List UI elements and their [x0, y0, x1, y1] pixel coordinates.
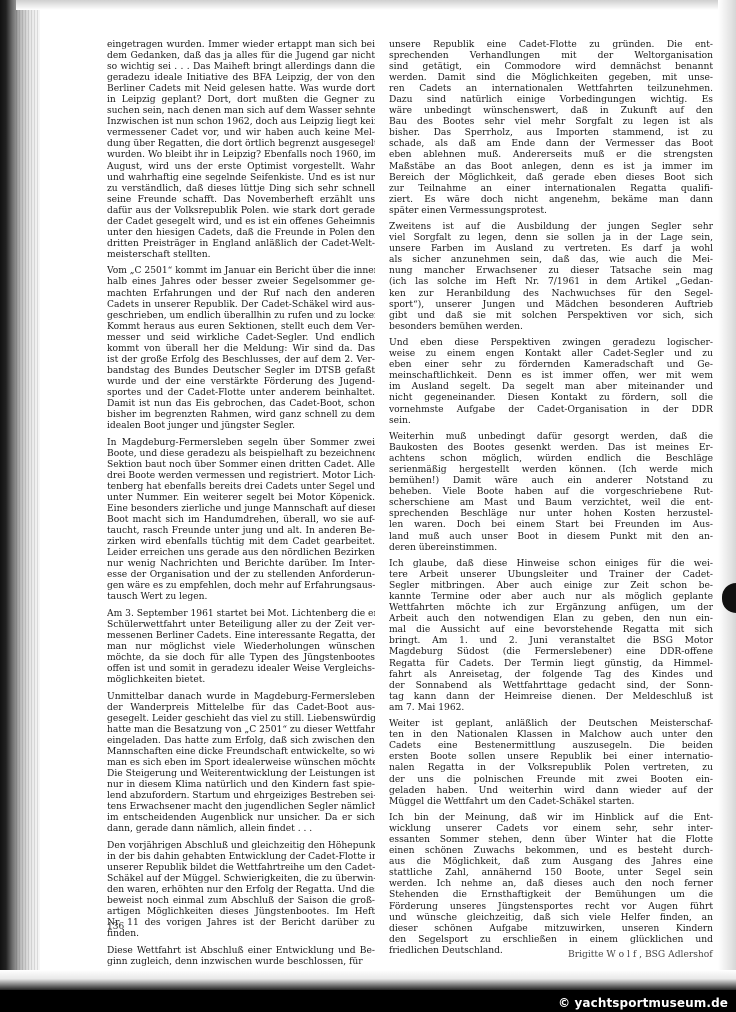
- watermark-bar: © yachtsportmuseum.de: [0, 990, 736, 1012]
- text-line: ginn zugleich, denn inzwischen wurde bes…: [107, 957, 375, 968]
- text-line: in Leipzig geplant? Dort, dort mußten di…: [107, 95, 375, 106]
- text-line: Nr. 11 des vorigen Jahres ist der Berich…: [107, 918, 375, 929]
- text-line: Bau des Bootes sehr viel mehr Sorgfalt z…: [389, 117, 713, 128]
- paragraph: Diese Wettfahrt ist Abschluß einer Entwi…: [107, 946, 375, 968]
- text-line: beheben. Viele Boote haben auf die vorge…: [389, 487, 713, 498]
- text-line: beweist noch einmal zum Abschluß der Sai…: [107, 896, 375, 907]
- text-line: August, wird uns der erste Optimist vorg…: [107, 162, 375, 173]
- text-line: Inzwischen ist nun schon 1962, doch aus …: [107, 117, 375, 128]
- text-line: der Cadet gesegelt wird, und es ist ein …: [107, 217, 375, 228]
- text-line: Arbeit auch den notwendigen Elan zu gebe…: [389, 614, 713, 625]
- text-line: idealen Boot junger und jüngster Segler.: [107, 421, 375, 432]
- text-line: im Ausland segelt. Da segelt man aber mi…: [389, 382, 713, 393]
- text-line: tenberg hat ebenfalls bereits drei Cadet…: [107, 482, 375, 493]
- text-line: Mannschaften eine dicke Freundschaft ent…: [107, 747, 375, 758]
- text-line: bisher. Das Sperrholz, aus Importen stam…: [389, 128, 713, 139]
- text-line: meisterschaft stellten.: [107, 250, 375, 261]
- bottom-page-shadow: [0, 970, 736, 992]
- text-line: dann, gerade dann nämlich, allein findet…: [107, 824, 375, 835]
- text-line: dafür aus der Volksrepublik Polen. wie s…: [107, 206, 375, 217]
- text-line: Boote, und diese geradezu als beispielha…: [107, 449, 375, 460]
- text-line: Damit ist nun das Eis gebrochen, das Cad…: [107, 399, 375, 410]
- text-line: nicht gegeneinander. Diesen Kontakt zu f…: [389, 393, 713, 404]
- text-line: aus die Möglichkeit, daß zum Ausgang des…: [389, 857, 713, 868]
- text-line: tere Arbeit unserer Übungsleiter und Tra…: [389, 570, 713, 581]
- text-line: unserer Republik bildet die Wettfahrtrei…: [107, 863, 375, 874]
- text-line: wurde und der eine verstärkte Förderung …: [107, 377, 375, 388]
- text-line: Regatta für Cadets. Der Termin liegt gün…: [389, 659, 713, 670]
- text-line: vornehmste Aufgabe der Cadet-Organisatio…: [389, 405, 713, 416]
- text-line: unter Nummer. Ein weiterer segelt bei Mo…: [107, 493, 375, 504]
- text-line: (ich las solche im Heft Nr. 7/1961 in de…: [389, 277, 713, 288]
- left-text-column: eingetragen wurden. Immer wieder ertappt…: [107, 40, 375, 973]
- text-line: finden.: [107, 929, 375, 940]
- text-line: so wichtig sei . . . Das Maiheft bringt …: [107, 62, 375, 73]
- paragraph: Ich bin der Meinung, daß wir im Hinblick…: [389, 813, 713, 957]
- text-line: Leider erreichen uns gerade aus den nörd…: [107, 548, 375, 559]
- text-line: offen ist und somit in geradezu idealer …: [107, 664, 375, 675]
- text-line: hatte man die Besatzung von „C 2501“ zu …: [107, 725, 375, 736]
- text-line: und wahrhaftig eine segelnde Seifenkiste…: [107, 173, 375, 184]
- text-line: tens Erwachsener macht den jugendlichen …: [107, 802, 375, 813]
- text-line: sein.: [389, 416, 713, 427]
- text-line: meinschaftlichkeit. Denn es ist immer of…: [389, 371, 713, 382]
- text-line: sprechenden Beschläge nur unter hohen Ko…: [389, 509, 713, 520]
- text-line: dung über Regatten, die dort örtlich beg…: [107, 139, 375, 150]
- text-line: ersten Boote sollen unsere Republik bei …: [389, 752, 713, 763]
- text-line: Boot macht sich im Handumdrehen, überall…: [107, 515, 375, 526]
- text-line: seine Freunde schafft. Das Novemberheft …: [107, 195, 375, 206]
- text-line: halb eines Jahres oder besser zweier Seg…: [107, 277, 375, 288]
- page-top-curl: [16, 0, 736, 10]
- text-line: Wettfahrten möchte ich zur Ergänzung anf…: [389, 603, 713, 614]
- text-line: Ich glaube, daß diese Hinweise schon ein…: [389, 559, 713, 570]
- text-line: kommt von überall her die Meldung: Wir s…: [107, 344, 375, 355]
- text-line: wäre unbedingt wünschenswert, daß in Zuk…: [389, 106, 713, 117]
- text-line: Weiterhin muß unbedingt dafür gesorgt we…: [389, 432, 713, 443]
- text-line: deren übereinstimmen.: [389, 543, 713, 554]
- text-line: scherschiene am Mast und Baum verzichtet…: [389, 498, 713, 509]
- paragraph: Ich glaube, daß diese Hinweise schon ein…: [389, 559, 713, 714]
- author-signature: Brigitte W o l f , BSG Adlershof: [568, 950, 713, 960]
- text-line: Bereich der Möglichkeit, daß gerade eben…: [389, 173, 713, 184]
- text-line: Cadets in unserer Republik. Der Cadet-Sc…: [107, 300, 375, 311]
- text-line: Stehenden die Ernsthaftigkeit der Bemühu…: [389, 890, 713, 901]
- paragraph: Den vorjährigen Abschluß und gleichzeiti…: [107, 841, 375, 940]
- paragraph: Am 3. September 1961 startet bei Mot. Li…: [107, 609, 375, 686]
- text-line: drei Boote werden vermessen und registri…: [107, 471, 375, 482]
- text-line: geladen haben. Und weiterhin wird dann w…: [389, 786, 713, 797]
- text-line: im entscheidenden Augenblick nur unsiche…: [107, 813, 375, 824]
- text-line: vermessener Cadet vor, und wir haben auc…: [107, 128, 375, 139]
- text-line: eingeladen. Das hatte zum Erfolg, daß si…: [107, 736, 375, 747]
- text-line: suchen sein, nach denen man sich auf dem…: [107, 106, 375, 117]
- next-page-edge: [718, 0, 736, 990]
- text-line: tag kann dann der Heimreise dienen. Der …: [389, 692, 713, 703]
- text-line: möglichkeiten bietet.: [107, 675, 375, 686]
- text-line: nur in diesem Klima natürlich und den Ki…: [107, 780, 375, 791]
- text-line: dritten Preisträger in England anläßlich…: [107, 239, 375, 250]
- text-line: und wünsche gleichzeitig, daß sich viele…: [389, 913, 713, 924]
- text-line: ten in den Nationalen Klassen in Malchow…: [389, 730, 713, 741]
- text-line: messenen Berliner Cadets. Eine interessa…: [107, 631, 375, 642]
- text-line: mal die Aussicht auf eine bevorstehende …: [389, 625, 713, 636]
- paragraph: Zweitens ist auf die Ausbildung der jung…: [389, 222, 713, 332]
- text-line: Baukosten des Bootes gesenkt werden. Das…: [389, 443, 713, 454]
- text-line: fahrt als Anreisetag, der folgende Tag d…: [389, 670, 713, 681]
- text-line: In Magdeburg-Fermersleben segeln über So…: [107, 438, 375, 449]
- text-line: zirken wird ebenfalls tüchtig mit dem Ca…: [107, 537, 375, 548]
- page-edges: [16, 8, 38, 973]
- text-line: schade, als daß am Ende dann der Vermess…: [389, 139, 713, 150]
- text-line: sind getätigt, ein Commodore wird demnäc…: [389, 62, 713, 73]
- text-line: als sicher anzunehmen sein, daß das, wie…: [389, 255, 713, 266]
- text-line: eingetragen wurden. Immer wieder ertappt…: [107, 40, 375, 51]
- text-line: stattliche Zahl, annähernd 150 Boote, un…: [389, 868, 713, 879]
- text-line: Unmittelbar danach wurde in Magdeburg-Fe…: [107, 692, 375, 703]
- text-line: gesegelt. Leider geschieht das viel zu s…: [107, 714, 375, 725]
- text-line: sport“), unserer Jungen und Mädchen beso…: [389, 300, 713, 311]
- right-text-column: unsere Republik eine Cadet-Flotte zu grü…: [389, 40, 713, 962]
- text-line: werden. Ich nehme an, daß dieses auch de…: [389, 879, 713, 890]
- text-line: einen schönen Zuwachs bekommen, und es b…: [389, 846, 713, 857]
- text-line: der uns die polnischen Freunde mit zwei …: [389, 775, 713, 786]
- text-line: nur wenig Nachrichten und Berichte darüb…: [107, 559, 375, 570]
- text-line: dem Gedanken, daß das ja alles für die J…: [107, 51, 375, 62]
- text-line: ren Cadets an internationalen Wettfahrte…: [389, 84, 713, 95]
- text-line: geschrieben, um endlich überallhin zu ru…: [107, 311, 375, 322]
- text-line: zur Teilnahme an einer internationalen R…: [389, 184, 713, 195]
- text-line: Cadets eine Bestenermittlung auszusegeln…: [389, 741, 713, 752]
- text-line: Am 3. September 1961 startet bei Mot. Li…: [107, 609, 375, 620]
- text-line: bemühen!) Damit wäre auch ein anderer No…: [389, 476, 713, 487]
- paragraph: Weiterhin muß unbedingt dafür gesorgt we…: [389, 432, 713, 554]
- text-line: taucht, rasch Freunde unter jung und alt…: [107, 526, 375, 537]
- text-line: möchte, da sie doch für alle Typen des J…: [107, 653, 375, 664]
- text-line: eben ablehnen muß. Andererseits muß er d…: [389, 150, 713, 161]
- text-line: Eine besonders zierliche und junge Manns…: [107, 504, 375, 515]
- text-line: tausch Wert zu legen.: [107, 592, 375, 603]
- text-line: land muß auch unser Boot in diesem Punkt…: [389, 532, 713, 543]
- text-line: Kommt heraus aus euren Sektionen, stellt…: [107, 322, 375, 333]
- text-line: bisher im begrenzten Rahmen, wird ganz s…: [107, 410, 375, 421]
- text-line: gen wäre es zu empfehlen, doch mehr auf …: [107, 581, 375, 592]
- text-line: Segler mitbringen. Aber auch einige zur …: [389, 581, 713, 592]
- text-line: am 7. Mai 1962.: [389, 703, 713, 714]
- text-line: unsere Farben im Ausland zu vertreten. E…: [389, 244, 713, 255]
- text-line: besonders bemühen werden.: [389, 322, 713, 333]
- text-line: Vom „C 2501“ kommt im Januar ein Bericht…: [107, 266, 375, 277]
- text-line: artigen Möglichkeiten dieses Jüngstenboo…: [107, 907, 375, 918]
- text-line: ken zur Heranbildung des Nachwuchses für…: [389, 289, 713, 300]
- text-line: unsere Republik eine Cadet-Flotte zu grü…: [389, 40, 713, 51]
- page-number: 136: [107, 922, 124, 932]
- text-line: Und eben diese Perspektiven zwingen gera…: [389, 338, 713, 349]
- text-line: nalen Regatta in der Volksrepublik Polen…: [389, 763, 713, 774]
- text-line: ist der große Erfolg des Beschlusses, de…: [107, 355, 375, 366]
- text-line: Sektion baut noch über Sommer einen drit…: [107, 460, 375, 471]
- text-line: den waren, erhöhten nur den Erfolg der R…: [107, 885, 375, 896]
- text-line: Zweitens ist auf die Ausbildung der jung…: [389, 222, 713, 233]
- text-line: Diese Wettfahrt ist Abschluß einer Entwi…: [107, 946, 375, 957]
- text-line: Schülerwettfahrt unter Beteiligung aller…: [107, 620, 375, 631]
- text-line: Den vorjährigen Abschluß und gleichzeiti…: [107, 841, 375, 852]
- text-line: gibt und daß sie mit solchen Perspektive…: [389, 311, 713, 322]
- paragraph: Unmittelbar danach wurde in Magdeburg-Fe…: [107, 692, 375, 836]
- text-line: wicklung unserer Cadets vor einem sehr, …: [389, 824, 713, 835]
- text-line: nung mancher Erwachsener zu dieser Tatsa…: [389, 266, 713, 277]
- text-line: serienmäßig hergestellt werden können. (…: [389, 465, 713, 476]
- text-line: viel Sorgfalt zu legen, denn sie sollen …: [389, 233, 713, 244]
- paragraph: unsere Republik eine Cadet-Flotte zu grü…: [389, 40, 713, 217]
- paragraph: eingetragen wurden. Immer wieder ertappt…: [107, 40, 375, 261]
- text-line: messer und seid wirkliche Cadet-Segler. …: [107, 333, 375, 344]
- text-line: weise zu einem engen Kontakt aller Cadet…: [389, 349, 713, 360]
- text-line: Förderung unseres Jüngstensportes recht …: [389, 902, 713, 913]
- text-line: Maßstäbe an das Boot anlegen, denn es is…: [389, 162, 713, 173]
- text-line: geradezu ideale Initiative des BFA Leipz…: [107, 73, 375, 84]
- text-line: Weiter ist geplant, anläßlich der Deutsc…: [389, 719, 713, 730]
- text-line: später einen Vermessungsprotest.: [389, 206, 713, 217]
- text-line: Magdeburg Südost (die Fermerslebener) ei…: [389, 647, 713, 658]
- paragraph: Weiter ist geplant, anläßlich der Deutsc…: [389, 719, 713, 807]
- text-line: achtens schon möglich, würden endlich di…: [389, 454, 713, 465]
- text-line: Ich bin der Meinung, daß wir im Hinblick…: [389, 813, 713, 824]
- text-line: sportes und der Cadet-Flotte unter ander…: [107, 388, 375, 399]
- text-line: Müggel die Wettfahrt um den Cadet-Schäke…: [389, 797, 713, 808]
- text-line: sprechenden Verhandlungen mit der Weltor…: [389, 51, 713, 62]
- text-line: man nur möglichst viele Wiederholungen w…: [107, 642, 375, 653]
- text-line: man es sich eben im Sport idealerweise w…: [107, 758, 375, 769]
- text-line: ziert. Es wäre doch nicht angenehm, bekä…: [389, 195, 713, 206]
- text-line: der Wanderpreis Mittelelbe für das Cadet…: [107, 703, 375, 714]
- text-line: werden. Damit sind die Möglichkeiten geg…: [389, 73, 713, 84]
- paragraph: In Magdeburg-Fermersleben segeln über So…: [107, 438, 375, 604]
- text-line: bringt. Am 1. und 2. Juni veranstaltet d…: [389, 636, 713, 647]
- text-line: machten Erfahrungen und der Ruf nach den…: [107, 289, 375, 300]
- watermark-text: © yachtsportmuseum.de: [558, 996, 728, 1010]
- text-line: wurden. Wo bleibt ihr in Leipzig? Ebenfa…: [107, 150, 375, 161]
- text-line: Die Steigerung und Weiterentwicklung der…: [107, 769, 375, 780]
- text-line: unter den hiesigen Cadets, daß die Freun…: [107, 228, 375, 239]
- text-line: den Segelsport zu erschließen in einem g…: [389, 935, 713, 946]
- text-line: Berliner Cadets mit Neid gelesen hatte. …: [107, 84, 375, 95]
- text-line: eben einer sehr zu fördernden Kameradsch…: [389, 360, 713, 371]
- text-line: esse der Organisation und der zu stellen…: [107, 570, 375, 581]
- text-line: der Sonnabend als Wettfahrttage gedacht …: [389, 681, 713, 692]
- text-line: Dazu sind natürlich einige Vorbedingunge…: [389, 95, 713, 106]
- text-line: in der bis dahin gehabten Entwicklung de…: [107, 852, 375, 863]
- text-line: Schäkel auf der Müggel. Schwierigkeiten,…: [107, 874, 375, 885]
- text-line: len waren. Doch bei einem Start bei Freu…: [389, 520, 713, 531]
- text-line: bandstag des Bundes Deutscher Segler im …: [107, 366, 375, 377]
- text-line: dieser schönen Aufgabe mitzuwirken, unse…: [389, 924, 713, 935]
- text-line: kannte Termine oder aber auch nur als mö…: [389, 592, 713, 603]
- paragraph: Und eben diese Perspektiven zwingen gera…: [389, 338, 713, 426]
- text-line: lend abzufordern. Startum und ehrgeizige…: [107, 791, 375, 802]
- text-line: essanten Sommer stehen, denn über Winter…: [389, 835, 713, 846]
- paragraph: Vom „C 2501“ kommt im Januar ein Bericht…: [107, 266, 375, 432]
- text-line: zu verständlich, daß dieses lüttje Ding …: [107, 184, 375, 195]
